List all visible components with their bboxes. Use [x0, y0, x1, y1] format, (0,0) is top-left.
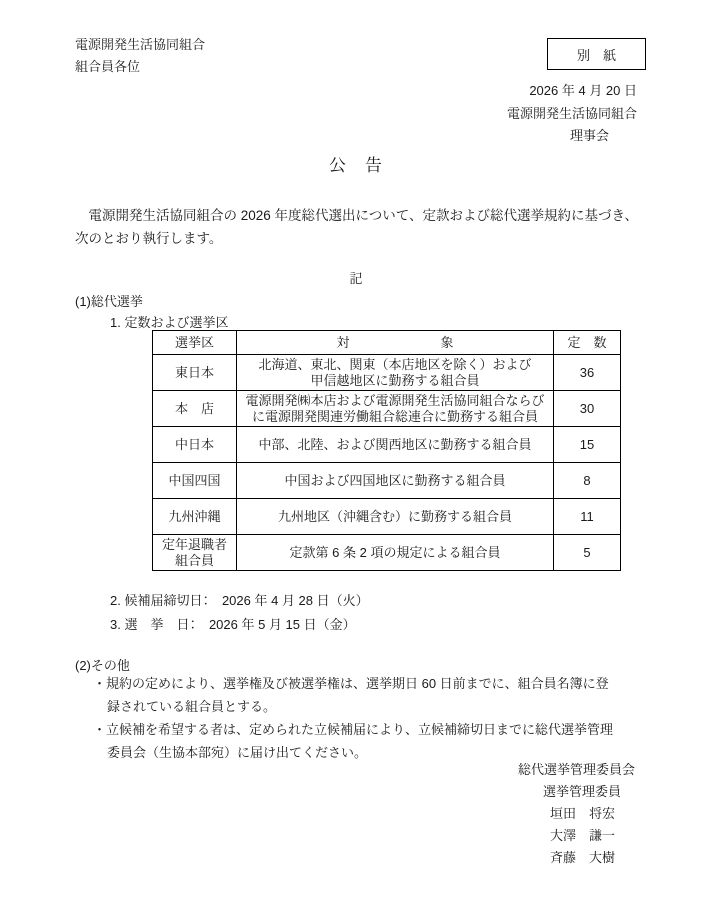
signature-committee: 総代選挙管理委員会 — [518, 759, 637, 781]
cell-target: 北海道、東北、関東（本店地区を除く）および 甲信越地区に勤務する組合員 — [237, 355, 554, 391]
cell-seats: 11 — [554, 499, 621, 535]
table-row: 本 店 電源開発㈱本店および電源開発生活協同組合ならび に電源開発関連労働組合総… — [153, 391, 621, 427]
recipient-org: 電源開発生活協同組合 — [75, 34, 205, 56]
signature-block: 総代選挙管理委員会 選挙管理委員 垣田 将宏 大澤 謙一 斉藤 大樹 — [518, 759, 637, 869]
cell-district: 東日本 — [153, 355, 237, 391]
cell-district: 本 店 — [153, 391, 237, 427]
issuer-org: 電源開発生活協同組合 — [507, 103, 637, 126]
table-header-row: 選挙区 対 象 定 数 — [153, 331, 621, 355]
notice-document-page: 電源開発生活協同組合 組合員各位 別 紙 2026 年 4 月 20 日 電源開… — [0, 0, 712, 903]
cell-district: 中日本 — [153, 427, 237, 463]
bullet1-line-2: 録されている組合員とする。 — [93, 695, 645, 718]
intro-line-2: 次のとおり執行します。 — [75, 227, 645, 250]
cell-seats: 36 — [554, 355, 621, 391]
intro-paragraph: 電源開発生活協同組合の 2026 年度総代選出について、定款および総代選挙規約に… — [75, 204, 645, 250]
section2-bullets: ・規約の定めにより、選挙権及び被選挙権は、選挙期日 60 日前までに、組合員名簿… — [93, 672, 645, 764]
section1-item2-label: 2. 候補届締切日： 2026 年 4 月 28 日（火） — [110, 590, 369, 609]
table-row: 定年退職者 組合員 定款第 6 条 2 項の規定による組合員 5 — [153, 535, 621, 571]
attachment-label-box: 別 紙 — [547, 38, 646, 70]
section1-item3-label: 3. 選 挙 日： 2026 年 5 月 15 日（金） — [110, 614, 356, 633]
issue-date: 2026 年 4 月 20 日 — [507, 80, 637, 103]
table-row: 中日本 中部、北陸、および関西地区に勤務する組合員 15 — [153, 427, 621, 463]
cell-target: 電源開発㈱本店および電源開発生活協同組合ならび に電源開発関連労働組合総連合に勤… — [237, 391, 554, 427]
signature-member: 大澤 謙一 — [518, 825, 637, 847]
section1-item1-label: 1. 定数および選挙区 — [110, 312, 228, 331]
election-district-table: 選挙区 対 象 定 数 東日本 北海道、東北、関東（本店地区を除く）および 甲信… — [152, 330, 621, 571]
signature-member: 斉藤 大樹 — [518, 847, 637, 869]
issuer-body: 理事会 — [507, 125, 637, 148]
cell-target: 定款第 6 条 2 項の規定による組合員 — [237, 535, 554, 571]
ki-separator-label: 記 — [0, 268, 712, 287]
cell-target: 中部、北陸、および関西地区に勤務する組合員 — [237, 427, 554, 463]
page-title: 公 告 — [0, 151, 712, 176]
header-district: 選挙区 — [153, 331, 237, 355]
signature-role: 選挙管理委員 — [518, 781, 637, 803]
table-row: 東日本 北海道、東北、関東（本店地区を除く）および 甲信越地区に勤務する組合員 … — [153, 355, 621, 391]
cell-district: 九州沖縄 — [153, 499, 237, 535]
bullet1-line-1: ・規約の定めにより、選挙権及び被選挙権は、選挙期日 60 日前までに、組合員名簿… — [93, 672, 645, 695]
cell-seats: 5 — [554, 535, 621, 571]
cell-seats: 30 — [554, 391, 621, 427]
table-row: 中国四国 中国および四国地区に勤務する組合員 8 — [153, 463, 621, 499]
table-row: 九州沖縄 九州地区（沖縄含む）に勤務する組合員 11 — [153, 499, 621, 535]
attachment-label: 別 紙 — [577, 45, 616, 64]
cell-target: 中国および四国地区に勤務する組合員 — [237, 463, 554, 499]
cell-seats: 8 — [554, 463, 621, 499]
cell-seats: 15 — [554, 427, 621, 463]
cell-target: 九州地区（沖縄含む）に勤務する組合員 — [237, 499, 554, 535]
intro-line-1: 電源開発生活協同組合の 2026 年度総代選出について、定款および総代選挙規約に… — [75, 204, 645, 227]
issuer-block: 2026 年 4 月 20 日 電源開発生活協同組合 理事会 — [507, 80, 637, 148]
header-target: 対 象 — [237, 331, 554, 355]
signature-member: 垣田 将宏 — [518, 803, 637, 825]
header-seats: 定 数 — [554, 331, 621, 355]
recipient-block: 電源開発生活協同組合 組合員各位 — [75, 34, 205, 78]
section1-heading: (1)総代選挙 — [75, 291, 143, 310]
cell-district: 定年退職者 組合員 — [153, 535, 237, 571]
recipient-addressee: 組合員各位 — [75, 56, 205, 78]
cell-district: 中国四国 — [153, 463, 237, 499]
bullet2-line-1: ・立候補を希望する者は、定められた立候補届により、立候補締切日までに総代選挙管理 — [93, 718, 645, 741]
